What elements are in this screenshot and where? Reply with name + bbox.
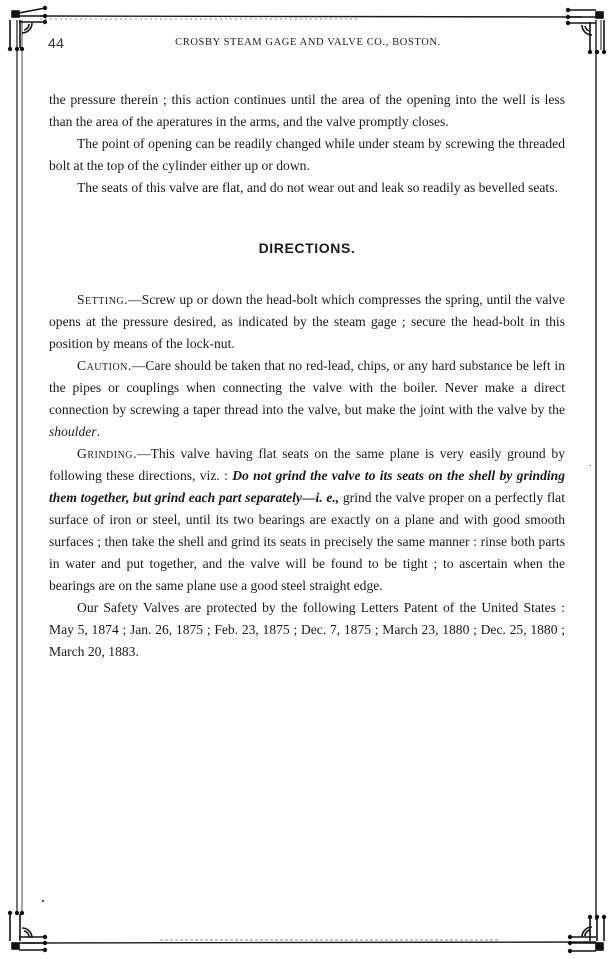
intro-paragraph-continuation: the pressure therein ; this action conti… [49, 89, 565, 133]
section-heading: DIRECTIONS. [49, 237, 565, 259]
running-title: CROSBY STEAM GAGE AND VALVE CO., BOSTON. [48, 37, 568, 48]
intro-paragraph-opening-point: The point of opening can be readily chan… [49, 133, 565, 177]
caution-label: Caution. [77, 358, 132, 373]
caution-emphasis: shoulder [49, 424, 97, 439]
corner-ornament-bottom-right [569, 916, 606, 953]
corner-ornament-bottom-left [9, 912, 47, 952]
grinding-label: Grinding. [77, 446, 137, 461]
grinding-paragraph: Grinding.—This valve having flat seats o… [49, 443, 565, 597]
caution-text-end: . [97, 424, 100, 439]
caution-paragraph: Caution.—Care should be taken that no re… [49, 355, 565, 443]
print-speck [42, 900, 44, 902]
patents-paragraph: Our Safety Valves are protected by the f… [49, 597, 565, 663]
grinding-text-end: grind the valve proper on a perfectly fl… [49, 490, 565, 593]
page-body: the pressure therein ; this action conti… [49, 89, 565, 663]
running-head: 44 CROSBY STEAM GAGE AND VALVE CO., BOST… [48, 37, 568, 53]
intro-paragraph-flat-seats: The seats of this valve are flat, and do… [49, 177, 565, 199]
corner-ornament-top-left [9, 7, 47, 51]
setting-label: Setting. [77, 292, 128, 307]
setting-paragraph: Setting.—Screw up or down the head-bolt … [49, 289, 565, 355]
print-speck [590, 465, 591, 466]
corner-ornament-top-right [567, 9, 606, 54]
